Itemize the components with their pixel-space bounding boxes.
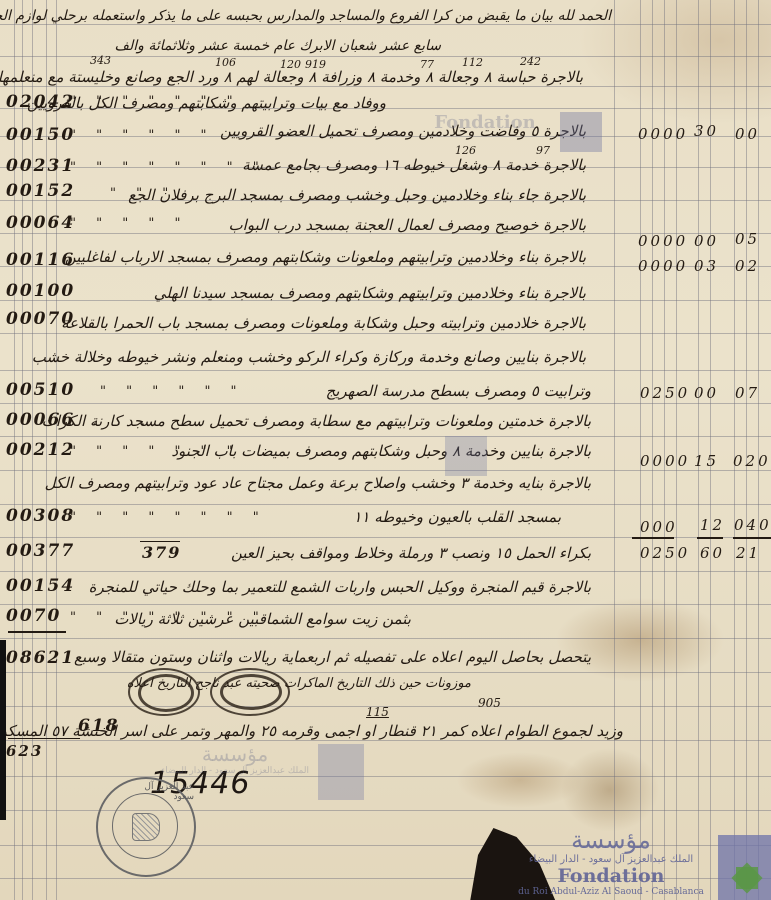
right-col-2: 30 (694, 122, 719, 140)
crossed-out-scribble (138, 674, 194, 712)
right-col-3: 07 (735, 384, 760, 402)
foundation-logo-icon (718, 835, 771, 900)
filler-marks: " " " " " (70, 216, 188, 231)
ruling-line (0, 740, 771, 741)
entry-text: بالاجرة جاء بناء وخلادمين وحبل وخشب ومصر… (128, 186, 586, 204)
right-col-1: 000 (640, 518, 678, 536)
watermark-arabic-title: مؤسسة (150, 742, 320, 766)
closing-amount-2: 623 (6, 742, 43, 760)
entry-text: بالاجرة بنايين وخدمة ٨ وحبل وشكابتهم ومص… (171, 442, 591, 460)
header-line-2: سابع عشر شعبان الابرك عام خمسة عشر وثلاث… (115, 38, 441, 54)
left-amount: 00154 (6, 576, 75, 596)
left-amount: 00152 (6, 181, 75, 201)
watermark-logo-icon (560, 112, 602, 152)
filler-marks: " " " " " " " " (70, 160, 267, 175)
ruling-line (0, 672, 771, 673)
entry-text: بالاجرة خلادمين وترابيته وحبل وشكابة ومل… (61, 314, 586, 332)
right-col-2: 00 (694, 384, 719, 402)
ruling-line (0, 370, 771, 371)
column-rule (614, 0, 615, 900)
filler-marks: " " " " " " (70, 128, 215, 143)
superscript: 115 (366, 705, 389, 719)
subtotal-rule (697, 537, 723, 539)
closing-text: وزيد لجموع الطوام اعلاه كمر ٢١ قنطار او … (0, 722, 623, 740)
watermark-title: Fondation (420, 112, 550, 133)
entry-text: بالاجرة حباسة ٨ وجعالة ٨ وخدمة ٨ وزرافة … (0, 68, 583, 86)
torn-left-edge (0, 640, 6, 820)
right-col-3: 21 (736, 544, 761, 562)
entry-text: ووفاد مع بيات وترابيتهم وشكابتهم ومصرف ا… (27, 94, 386, 112)
watermark-arabic-subtitle: الملك عبدالعزيز آل سعود - الدار البيضاء (504, 854, 718, 865)
right-col-3: 02 (735, 257, 760, 275)
logo-star-icon (736, 867, 758, 889)
left-amount: 00064 (6, 213, 75, 233)
watermark-faint: مؤسسة الملك عبدالعزيز آل سعود - الدار ال… (150, 742, 320, 776)
right-col-3: 020 (733, 452, 771, 470)
superscript: 905 (478, 696, 501, 710)
total-amount: 08621 (6, 648, 75, 668)
entry-text: بالاجرة خدمة ٨ وشغل خيوطه ١٦ ومصرف بجامع… (242, 156, 586, 174)
closing-rule (8, 738, 80, 739)
inline-total-rule (140, 541, 180, 542)
right-col-3: 00 (735, 125, 760, 143)
watermark-logo-icon (318, 744, 364, 800)
watermark-arabic-subtitle: الملك عبدالعزيز آل سعود - الدار البيضاء (150, 766, 320, 776)
seal-star-emblem-icon (132, 813, 160, 841)
entry-text: بالاجرة بنايين وصانع وخدمة وركازة وكراء … (32, 348, 586, 366)
ruling-line (0, 604, 771, 605)
crossed-out-scribble (220, 674, 282, 710)
ruling-line (0, 470, 771, 471)
watermark-french-subtitle: du Roi Abdul-Aziz Al Saoud - Casablanca (504, 887, 718, 897)
left-amount: 00100 (6, 281, 75, 301)
ruling-line (0, 504, 771, 505)
header-line-1: الحمد لله بيان ما يقبض من كرا الفروع وال… (0, 8, 611, 24)
left-amount: 00150 (6, 125, 75, 145)
right-col-1: 0000 (638, 232, 688, 250)
right-col-3: 040 (734, 516, 771, 534)
right-col-1: 0250 (640, 544, 690, 562)
superscript: 343 (90, 54, 111, 67)
foundation-watermark: مؤسسة الملك عبدالعزيز آل سعود - الدار ال… (504, 826, 718, 897)
entry-text: بمسجد القلب بالعيون وخيوطه ١١ (353, 508, 561, 526)
entry-text: بالاجرة بناء وخلادمين وترابيتهم وشكابتهم… (154, 284, 586, 302)
filler-marks: " " " " " " (100, 384, 245, 399)
entry-text: بالاجرة خدمتين وملعونات وترابيتهم مع سطا… (42, 412, 591, 430)
ruling-line (0, 333, 771, 334)
left-amount: 00212 (6, 440, 75, 460)
seal-rim-text: عبد العزيز آل سعود (122, 782, 194, 802)
watermark-logo-icon (445, 436, 487, 476)
entry-text: بالاجرة خوصيح ومصرف لعمال العجنة بمسجد د… (229, 216, 586, 234)
summary-line-1: يتحصل بحاصل اليوم اعلاه على تفصيله ثم ار… (74, 648, 591, 666)
left-amount: 00308 (6, 506, 75, 526)
ruling-line (0, 56, 771, 57)
ruling-line (0, 86, 771, 87)
left-amount: 00231 (6, 156, 75, 176)
entry-text: بالاجرة بناء وخلادمين وترابيتهم وملعونات… (65, 248, 586, 266)
superscript: 242 (520, 55, 541, 68)
ruling-line (0, 571, 771, 572)
left-amount: 00510 (6, 380, 75, 400)
entry-text: وترابيت ٥ ومصرف بسطح مدرسة الصهريج (326, 382, 591, 400)
ruling-line (0, 24, 771, 25)
filler-marks: " " " " " " " " (70, 510, 267, 525)
ruling-line (0, 403, 771, 404)
subtotal-rule (632, 537, 674, 539)
ruling-line (0, 776, 771, 777)
watermark-arabic-title: مؤسسة (504, 826, 718, 854)
right-col-2: 00 (694, 232, 719, 250)
right-col-2: 12 (700, 516, 725, 534)
watermark-french-title: Fondation (504, 865, 718, 887)
entry-text: بثمن زيت سوامع الشماقبين عرشين ثلاثة ريا… (114, 610, 411, 628)
archive-seal-stamp: عبد العزيز آل سعود (96, 777, 196, 877)
right-col-1: 0000 (638, 257, 688, 275)
entry-text: بكراء الحمل ١٥ ونصب ٣ ورملة وخلاط ومواقف… (231, 544, 591, 562)
right-col-1: 0000 (638, 125, 688, 143)
subtotal-rule (733, 537, 771, 539)
watermark-faint: Fondation (420, 112, 550, 133)
right-col-2: 15 (694, 452, 719, 470)
ruling-line (0, 638, 771, 639)
entry-text: بالاجرة بنايه وخدمة ٣ وخشب واصلاح برعة و… (45, 474, 591, 492)
ledger-page: الحمد لله بيان ما يقبض من كرا الفروع وال… (0, 0, 771, 900)
ruling-line (0, 436, 771, 437)
right-col-2: 03 (694, 257, 719, 275)
total-rule (8, 631, 66, 633)
right-col-3: 05 (735, 230, 760, 248)
right-col-1: 0250 (640, 384, 690, 402)
left-amount: 00377 (6, 541, 75, 561)
left-amount: 0070 (6, 606, 61, 626)
right-col-1: 0000 (640, 452, 690, 470)
right-col-2: 60 (700, 544, 725, 562)
inline-total: 379 (142, 543, 181, 562)
entry-text: بالاجرة قيم المنجرة ووكيل الحبس واربات ا… (89, 578, 591, 596)
